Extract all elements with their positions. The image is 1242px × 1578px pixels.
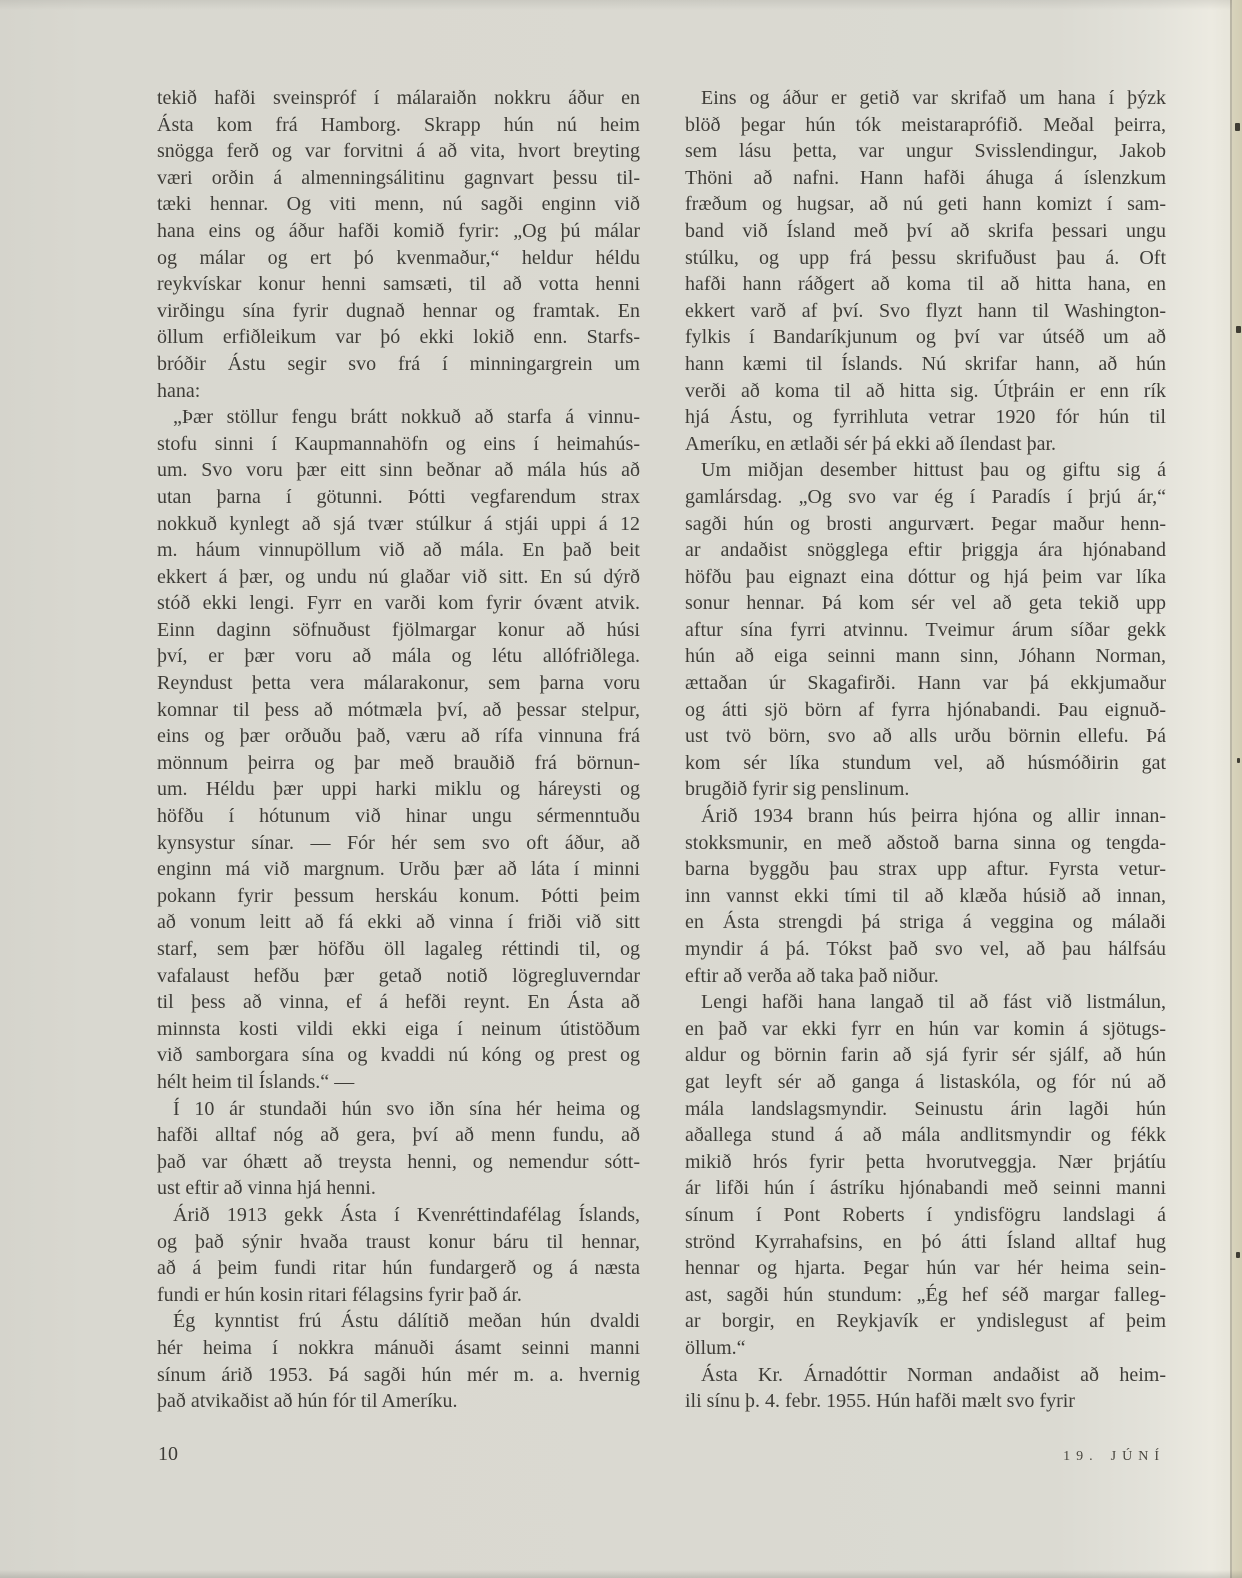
paragraph: „Þær stöllur fengu brátt nokkuð að starf… — [157, 404, 640, 1095]
text-line: sagði hún og brosti angurvært. Þegar mað… — [685, 511, 1166, 538]
text-line: sínum í Pont Roberts í yndisfögru landsl… — [685, 1202, 1166, 1229]
bottom-edge-shadow — [0, 1570, 1242, 1578]
text-line: „Þær stöllur fengu brátt nokkuð að starf… — [157, 404, 640, 431]
text-line: öllum erfiðleikum var þó ekki lokið enn.… — [157, 324, 640, 351]
text-line: barna byggðu þau strax upp aftur. Fyrsta… — [685, 856, 1166, 883]
text-line: ast, sagði hún stundum: „Ég hef séð marg… — [685, 1282, 1166, 1309]
text-line: myndir á þá. Tókst það svo vel, að þau h… — [685, 936, 1166, 963]
paragraph: Árið 1913 gekk Ásta í Kvenréttindafélag … — [157, 1202, 640, 1308]
text-line: og átti sjö börn af fyrra hjónabandi. Þa… — [685, 697, 1166, 724]
text-line: Ameríku, en ætlaði sér þá ekki að ílenda… — [685, 431, 1166, 458]
text-line: stóð ekki lengi. Fyrr en varði kom fyrir… — [157, 590, 640, 617]
text-line: hún að eiga seinni mann sinn, Jóhann Nor… — [685, 643, 1166, 670]
text-line: stokksmunir, en með aðstoð barna sinna o… — [685, 830, 1166, 857]
text-line: hennar og hjarta. Þegar hún var hér heim… — [685, 1255, 1166, 1282]
text-line: það var óhætt að treysta henni, og nemen… — [157, 1149, 640, 1176]
paragraph: Eins og áður er getið var skrifað um han… — [685, 85, 1166, 457]
text-line: Ég kynntist frú Ástu dálítið meðan hún d… — [157, 1308, 640, 1335]
text-line: eins og þær orðuðu það, væru að rífa vin… — [157, 723, 640, 750]
text-line: stúlku, og upp frá þessu skrifuðust þau … — [685, 245, 1166, 272]
text-line: Árið 1913 gekk Ásta í Kvenréttindafélag … — [157, 1202, 640, 1229]
text-line: væri orðin á almenningsálitinu gagnvart … — [157, 165, 640, 192]
text-line: m. háum vinnupöllum við að mála. En það … — [157, 537, 640, 564]
text-line: hér heima í nokkra mánuði ásamt seinni m… — [157, 1335, 640, 1362]
paragraph: Um miðjan desember hittust þau og giftu … — [685, 457, 1166, 803]
text-line: sonur hennar. Þá kom sér vel að geta tek… — [685, 590, 1166, 617]
text-line: höfðu í hótunum við hinar ungu sérmenntu… — [157, 803, 640, 830]
text-line: Ásta kom frá Hamborg. Skrapp hún nú heim — [157, 112, 640, 139]
text-line: aðallega stund á að mála andlitsmyndir o… — [685, 1122, 1166, 1149]
text-line: komnar til þess að mótmæla því, að þessa… — [157, 697, 640, 724]
text-line: enginn má við margnum. Urðu þær að láta … — [157, 856, 640, 883]
text-line: kynsystur sínar. — Fór hér sem svo oft á… — [157, 830, 640, 857]
text-line: en það var ekki fyrr en hún var komin á … — [685, 1016, 1166, 1043]
paragraph: Ég kynntist frú Ástu dálítið meðan hún d… — [157, 1308, 640, 1414]
text-line: um. Svo voru þær eitt sinn beðnar að mál… — [157, 457, 640, 484]
text-line: vafalaust hefðu þær getað notið lögreglu… — [157, 963, 640, 990]
text-line: blöð þegar hún tók meistaraprófið. Meðal… — [685, 112, 1166, 139]
text-line: aldur og börnin farin að sjá fyrir sér s… — [685, 1042, 1166, 1069]
text-line: pokann fyrir þessum herskáu konum. Þótti… — [157, 883, 640, 910]
text-line: hana: — [157, 378, 640, 405]
page-number: 10 — [158, 1443, 178, 1466]
text-line: aftur sína fyrri atvinnu. Tveimur árum s… — [685, 617, 1166, 644]
magazine-page: tekið hafði sveinspróf í málaraiðn nokkr… — [0, 0, 1242, 1578]
text-column-left: tekið hafði sveinspróf í málaraiðn nokkr… — [157, 85, 640, 1415]
top-edge-shadow — [0, 0, 1242, 10]
text-line: höfðu þau eignazt eina dóttur og hjá þei… — [685, 564, 1166, 591]
text-line: hann kæmi til Íslands. Nú skrifar hann, … — [685, 351, 1166, 378]
text-line: brugðið fyrir sig penslinum. — [685, 776, 1166, 803]
text-line: ar andaðist snögglega eftir þriggja ára … — [685, 537, 1166, 564]
text-line: Lengi hafði hana langað til að fást við … — [685, 989, 1166, 1016]
text-line: ar borgir, en Reykjavík er yndislegust a… — [685, 1308, 1166, 1335]
magazine-footer: 19.JÚNÍ — [1063, 1449, 1165, 1465]
text-line: Árið 1934 brann hús þeirra hjóna og alli… — [685, 803, 1166, 830]
text-column-right: Eins og áður er getið var skrifað um han… — [685, 85, 1166, 1415]
text-line: stofu sinni í Kaupmannahöfn og eins í he… — [157, 431, 640, 458]
text-line: reykvískar konur henni samsæti, til að v… — [157, 271, 640, 298]
text-line: kom sér líka stundum vel, að húsmóðirin … — [685, 750, 1166, 777]
text-line: og það sýnir hvaða traust konur báru til… — [157, 1229, 640, 1256]
text-line: eftir að verða að taka það niður. — [685, 963, 1166, 990]
text-line: því, er þær voru að mála og létu allófri… — [157, 643, 640, 670]
text-line: við samborgara sína og kvaddi nú kóng og… — [157, 1042, 640, 1069]
text-line: ust tvö börn, svo að alls urðu börnin el… — [685, 723, 1166, 750]
text-line: ár lifði hún í ástríku hjónabandi með se… — [685, 1175, 1166, 1202]
text-line: band við Ísland með því að skrifa þessar… — [685, 218, 1166, 245]
text-line: tekið hafði sveinspróf í málaraiðn nokkr… — [157, 85, 640, 112]
text-line: ili sínu þ. 4. febr. 1955. Hún hafði mæl… — [685, 1388, 1166, 1415]
page-edge-strip — [1232, 0, 1242, 1578]
text-line: gat leyft sér að ganga á listaskóla, og … — [685, 1069, 1166, 1096]
text-line: Thöni að nafni. Hann hafði áhuga á íslen… — [685, 165, 1166, 192]
text-line: sínum árið 1953. Þá sagði hún mér m. a. … — [157, 1362, 640, 1389]
text-line: mönnum þeirra og þar með brauðið frá bör… — [157, 750, 640, 777]
scan-speck — [1237, 758, 1240, 763]
text-line: mikið hrós fyrir þetta hvorutveggja. Nær… — [685, 1149, 1166, 1176]
text-line: fundi er hún kosin ritari félagsins fyri… — [157, 1282, 640, 1309]
text-line: bróðir Ástu segir svo frá í minningargre… — [157, 351, 640, 378]
text-line: starf, sem þær höfðu öll lagaleg réttind… — [157, 936, 640, 963]
paragraph: Árið 1934 brann hús þeirra hjóna og alli… — [685, 803, 1166, 989]
text-line: hafði hann ráðgert að koma til að hitta … — [685, 271, 1166, 298]
text-line: nokkuð kynlegt að sjá tvær stúlkur á stj… — [157, 511, 640, 538]
text-line: mála landslagsmyndir. Seinustu árin lagð… — [685, 1096, 1166, 1123]
text-line: Um miðjan desember hittust þau og giftu … — [685, 457, 1166, 484]
text-line: að vonum leitt að fá ekki að vinna í fri… — [157, 909, 640, 936]
text-line: inn vannst ekki tími til að klæða húsið … — [685, 883, 1166, 910]
text-line: en Ásta strengdi þá striga á veggina og … — [685, 909, 1166, 936]
text-line: ekkert varð af því. Svo flyzt hann til W… — [685, 298, 1166, 325]
text-line: hjá Ástu, og fyrrihluta vetrar 1920 fór … — [685, 404, 1166, 431]
paragraph: Ásta Kr. Árnadóttir Norman andaðist að h… — [685, 1362, 1166, 1415]
text-line: Einn daginn söfnuðust fjölmargar konur a… — [157, 617, 640, 644]
text-line: hélt heim til Íslands.“ — — [157, 1069, 640, 1096]
text-line: ættaðan úr Skagafirði. Hann var þá ekkju… — [685, 670, 1166, 697]
paragraph: tekið hafði sveinspróf í málaraiðn nokkr… — [157, 85, 640, 404]
scan-speck — [1235, 123, 1240, 131]
text-line: það atvikaðist að hún fór til Ameríku. — [157, 1388, 640, 1415]
text-line: fylkis í Bandaríkjunum og því var útséð … — [685, 324, 1166, 351]
text-line: og málar og ert þó kvenmaður,“ heldur hé… — [157, 245, 640, 272]
text-line: hana eins og áður hafði komið fyrir: „Og… — [157, 218, 640, 245]
text-line: utan þarna í götunni. Þótti vegfarendum … — [157, 484, 640, 511]
scan-speck — [1236, 1252, 1240, 1258]
scan-speck — [1236, 326, 1241, 333]
text-line: Ásta Kr. Árnadóttir Norman andaðist að h… — [685, 1362, 1166, 1389]
text-line: minnsta kosti vildi ekki eiga í neinum ú… — [157, 1016, 640, 1043]
text-line: gamlársdag. „Og svo var ég í Paradís í þ… — [685, 484, 1166, 511]
text-line: Í 10 ár stundaði hún svo iðn sína hér he… — [157, 1096, 640, 1123]
issue-number: 19. — [1063, 1449, 1099, 1464]
text-line: Reyndust þetta vera málarakonur, sem þar… — [157, 670, 640, 697]
paragraph: Lengi hafði hana langað til að fást við … — [685, 989, 1166, 1361]
paragraph: Í 10 ár stundaði hún svo iðn sína hér he… — [157, 1096, 640, 1202]
text-line: um. Héldu þær uppi harki miklu og háreys… — [157, 776, 640, 803]
text-line: fræðum og hugsar, að nú geti hann komizt… — [685, 191, 1166, 218]
text-line: hafði alltaf nóg að gera, því að menn fu… — [157, 1122, 640, 1149]
magazine-name: JÚNÍ — [1111, 1449, 1165, 1464]
text-line: virðingu sína fyrir dugnað hennar og fra… — [157, 298, 640, 325]
text-line: snögga ferð og var forvitni á að vita, h… — [157, 138, 640, 165]
text-line: tæki hennar. Og viti menn, nú sagði engi… — [157, 191, 640, 218]
text-line: Eins og áður er getið var skrifað um han… — [685, 85, 1166, 112]
text-line: strönd Kyrrahafsins, en þó átti Ísland a… — [685, 1229, 1166, 1256]
text-line: ekkert á þær, og undu nú glaðar við sitt… — [157, 564, 640, 591]
text-line: ust eftir að vinna hjá henni. — [157, 1175, 640, 1202]
text-line: verði að koma til að hitta sig. Útþráin … — [685, 378, 1166, 405]
text-line: til þess að vinna, ef á hefði reynt. En … — [157, 989, 640, 1016]
text-line: að á þeim fundi ritar hún fundargerð og … — [157, 1255, 640, 1282]
text-line: sem lásu þetta, var ungur Svisslendingur… — [685, 138, 1166, 165]
text-line: öllum.“ — [685, 1335, 1166, 1362]
